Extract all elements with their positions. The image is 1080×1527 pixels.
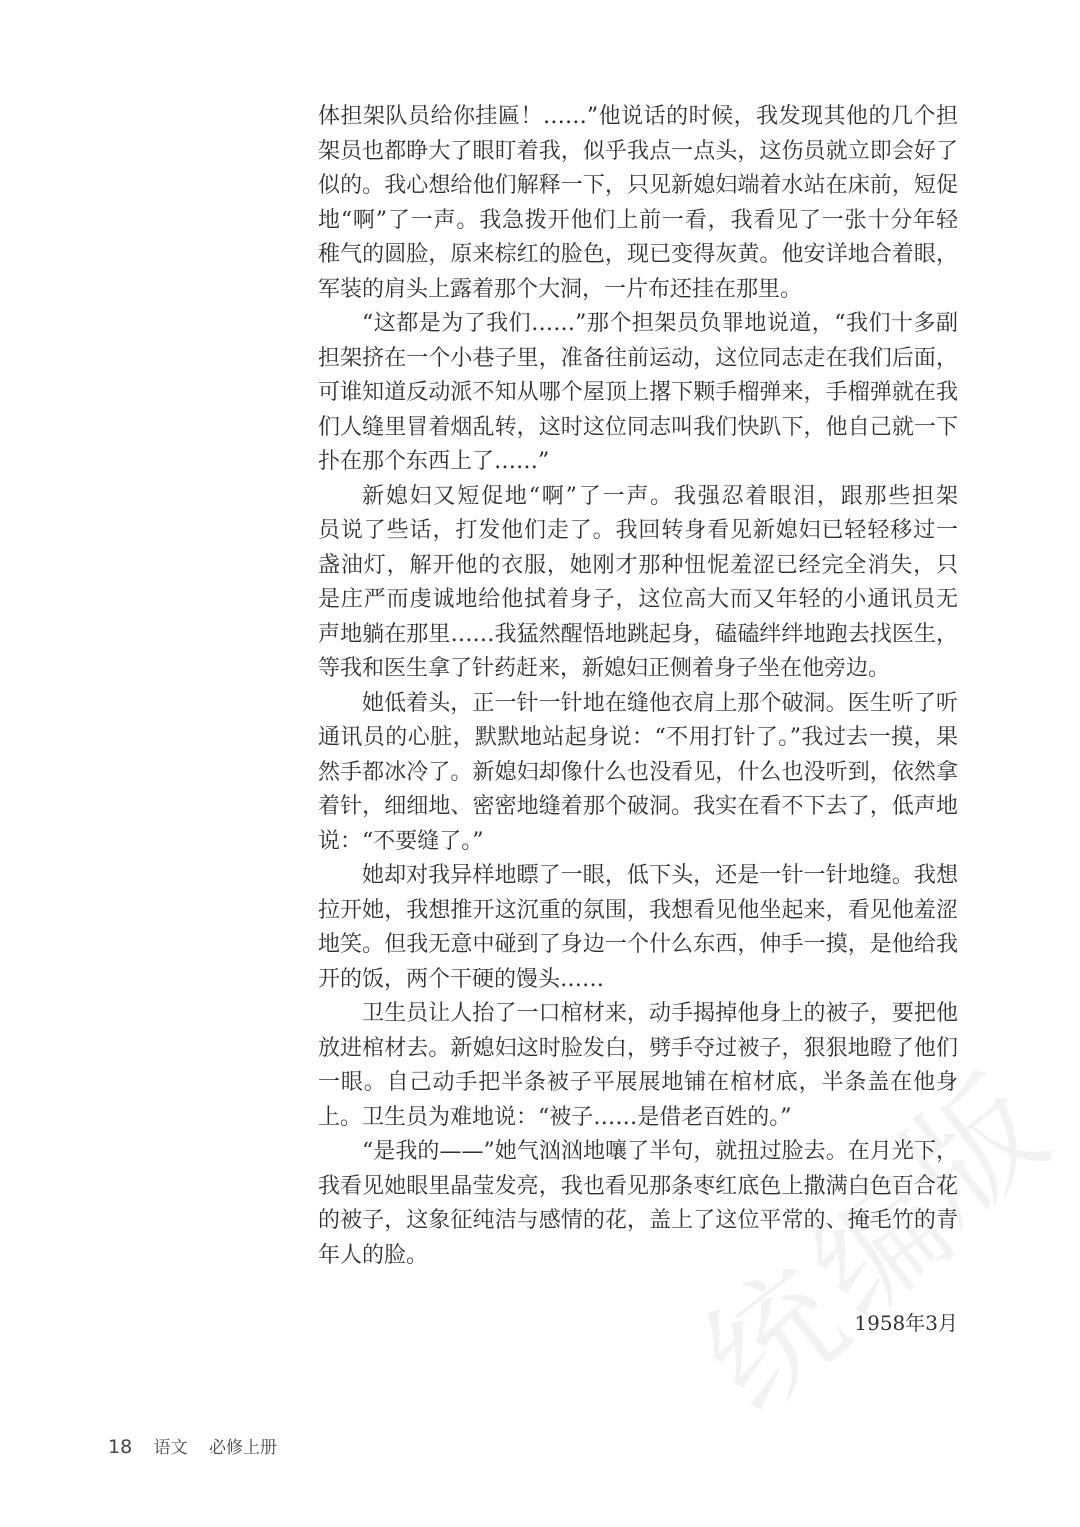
- text-line: 年人的脸。: [318, 1239, 958, 1274]
- text-line: “是我的——”她气汹汹地嚷了半句，就扭过脸去。在月光下，: [318, 1135, 958, 1170]
- text-line: 架员也都睁大了眼盯着我，似乎我点一点头，这伤员就立即会好了: [318, 135, 958, 170]
- textbook-page: 体担架队员给你挂匾！……”他说话的时候，我发现其他的几个担 架员也都睁大了眼盯着…: [0, 0, 1080, 1527]
- text-line: 说：“不要缝了。”: [318, 825, 958, 860]
- text-line: 是庄严而虔诚地给他拭着身子，这位高大而又年轻的小通讯员无: [318, 583, 958, 618]
- volume-label: 必修上册: [209, 1438, 277, 1458]
- text-line: 似的。我心想给他们解释一下，只见新媳妇端着水站在床前，短促: [318, 169, 958, 204]
- text-line: 可谁知道反动派不知从哪个屋顶上撂下颗手榴弹来，手榴弹就在我: [318, 376, 958, 411]
- text-line: 等我和医生拿了针药赶来，新媳妇正侧着身子坐在他旁边。: [318, 652, 958, 687]
- text-line: 盏油灯，解开他的衣服，她刚才那种忸怩羞涩已经完全消失，只: [318, 549, 958, 584]
- text-line: 稚气的圆脸，原来棕红的脸色，现已变得灰黄。他安详地合着眼，: [318, 238, 958, 273]
- watermark-char: 统: [684, 1249, 866, 1431]
- text-line: 体担架队员给你挂匾！……”他说话的时候，我发现其他的几个担: [318, 100, 958, 135]
- text-line: 军装的肩头上露着那个大洞，一片布还挂在那里。: [318, 273, 958, 308]
- text-line: 扑在那个东西上了……”: [318, 445, 958, 480]
- story-body: 体担架队员给你挂匾！……”他说话的时候，我发现其他的几个担 架员也都睁大了眼盯着…: [318, 100, 958, 1273]
- text-line: 卫生员让人抬了一口棺材来，动手揭掉他身上的被子，要把他: [318, 997, 958, 1032]
- text-line: 她却对我异样地瞟了一眼，低下头，还是一针一针地缝。我想: [318, 859, 958, 894]
- paragraph-1: 体担架队员给你挂匾！……”他说话的时候，我发现其他的几个担 架员也都睁大了眼盯着…: [318, 100, 958, 307]
- text-line: 她低着头，正一针一针地在缝他衣肩上那个破洞。医生听了听: [318, 687, 958, 722]
- paragraph-4: 她低着头，正一针一针地在缝他衣肩上那个破洞。医生听了听 通讯员的心脏，默默地站起…: [318, 687, 958, 860]
- text-line: 新媳妇又短促地“啊”了一声。我强忍着眼泪，跟那些担架: [318, 480, 958, 515]
- text-line: 一眼。自己动手把半条被子平展展地铺在棺材底，半条盖在他身: [318, 1066, 958, 1101]
- page-footer: 18 语文 必修上册: [108, 1433, 277, 1462]
- text-line: “这都是为了我们……”那个担架员负罪地说道，“我们十多副: [318, 307, 958, 342]
- text-line: 放进棺材去。新媳妇这时脸发白，劈手夺过被子，狠狠地瞪了他们: [318, 1032, 958, 1067]
- text-line: 上。卫生员为难地说：“被子……是借老百姓的。”: [318, 1101, 958, 1136]
- text-line: 声地躺在那里……我猛然醒悟地跳起身，磕磕绊绊地跑去找医生，: [318, 618, 958, 653]
- paragraph-2: “这都是为了我们……”那个担架员负罪地说道，“我们十多副 担架挤在一个小巷子里，…: [318, 307, 958, 480]
- paragraph-7: “是我的——”她气汹汹地嚷了半句，就扭过脸去。在月光下， 我看见她眼里晶莹发亮，…: [318, 1135, 958, 1273]
- paragraph-6: 卫生员让人抬了一口棺材来，动手揭掉他身上的被子，要把他 放进棺材去。新媳妇这时脸…: [318, 997, 958, 1135]
- text-line: 然手都冰冷了。新媳妇却像什么也没看见，什么也没听到，依然拿: [318, 756, 958, 791]
- text-line: 着针，细细地、密密地缝着那个破洞。我实在看不下去了，低声地: [318, 790, 958, 825]
- text-line: 担架挤在一个小巷子里，准备往前运动，这位同志走在我们后面，: [318, 342, 958, 377]
- text-line: 地“啊”了一声。我急拨开他们上前一看，我看见了一张十分年轻: [318, 204, 958, 239]
- paragraph-3: 新媳妇又短促地“啊”了一声。我强忍着眼泪，跟那些担架 员说了些话，打发他们走了。…: [318, 480, 958, 687]
- text-line: 员说了些话，打发他们走了。我回转身看见新媳妇已轻轻移过一: [318, 514, 958, 549]
- text-line: 拉开她，我想推开这沉重的氛围，我想看见他坐起来，看见他羞涩: [318, 894, 958, 929]
- text-line: 通讯员的心脏，默默地站起身说：“不用打针了。”我过去一摸，果: [318, 721, 958, 756]
- text-line: 我看见她眼里晶莹发亮，我也看见那条枣红底色上撒满白色百合花: [318, 1170, 958, 1205]
- text-line: 开的饭，两个干硬的馒头……: [318, 963, 958, 998]
- text-line: 的被子，这象征纯洁与感情的花，盖上了这位平常的、掩毛竹的青: [318, 1204, 958, 1239]
- text-line: 们人缝里冒着烟乱转，这时这位同志叫我们快趴下，他自己就一下: [318, 411, 958, 446]
- paragraph-5: 她却对我异样地瞟了一眼，低下头，还是一针一针地缝。我想 拉开她，我想推开这沉重的…: [318, 859, 958, 997]
- text-line: 地笑。但我无意中碰到了身边一个什么东西，伸手一摸，是他给我: [318, 928, 958, 963]
- dateline: 1958年3月: [854, 1309, 958, 1337]
- subject-label: 语文: [154, 1438, 188, 1458]
- page-number: 18: [108, 1436, 132, 1458]
